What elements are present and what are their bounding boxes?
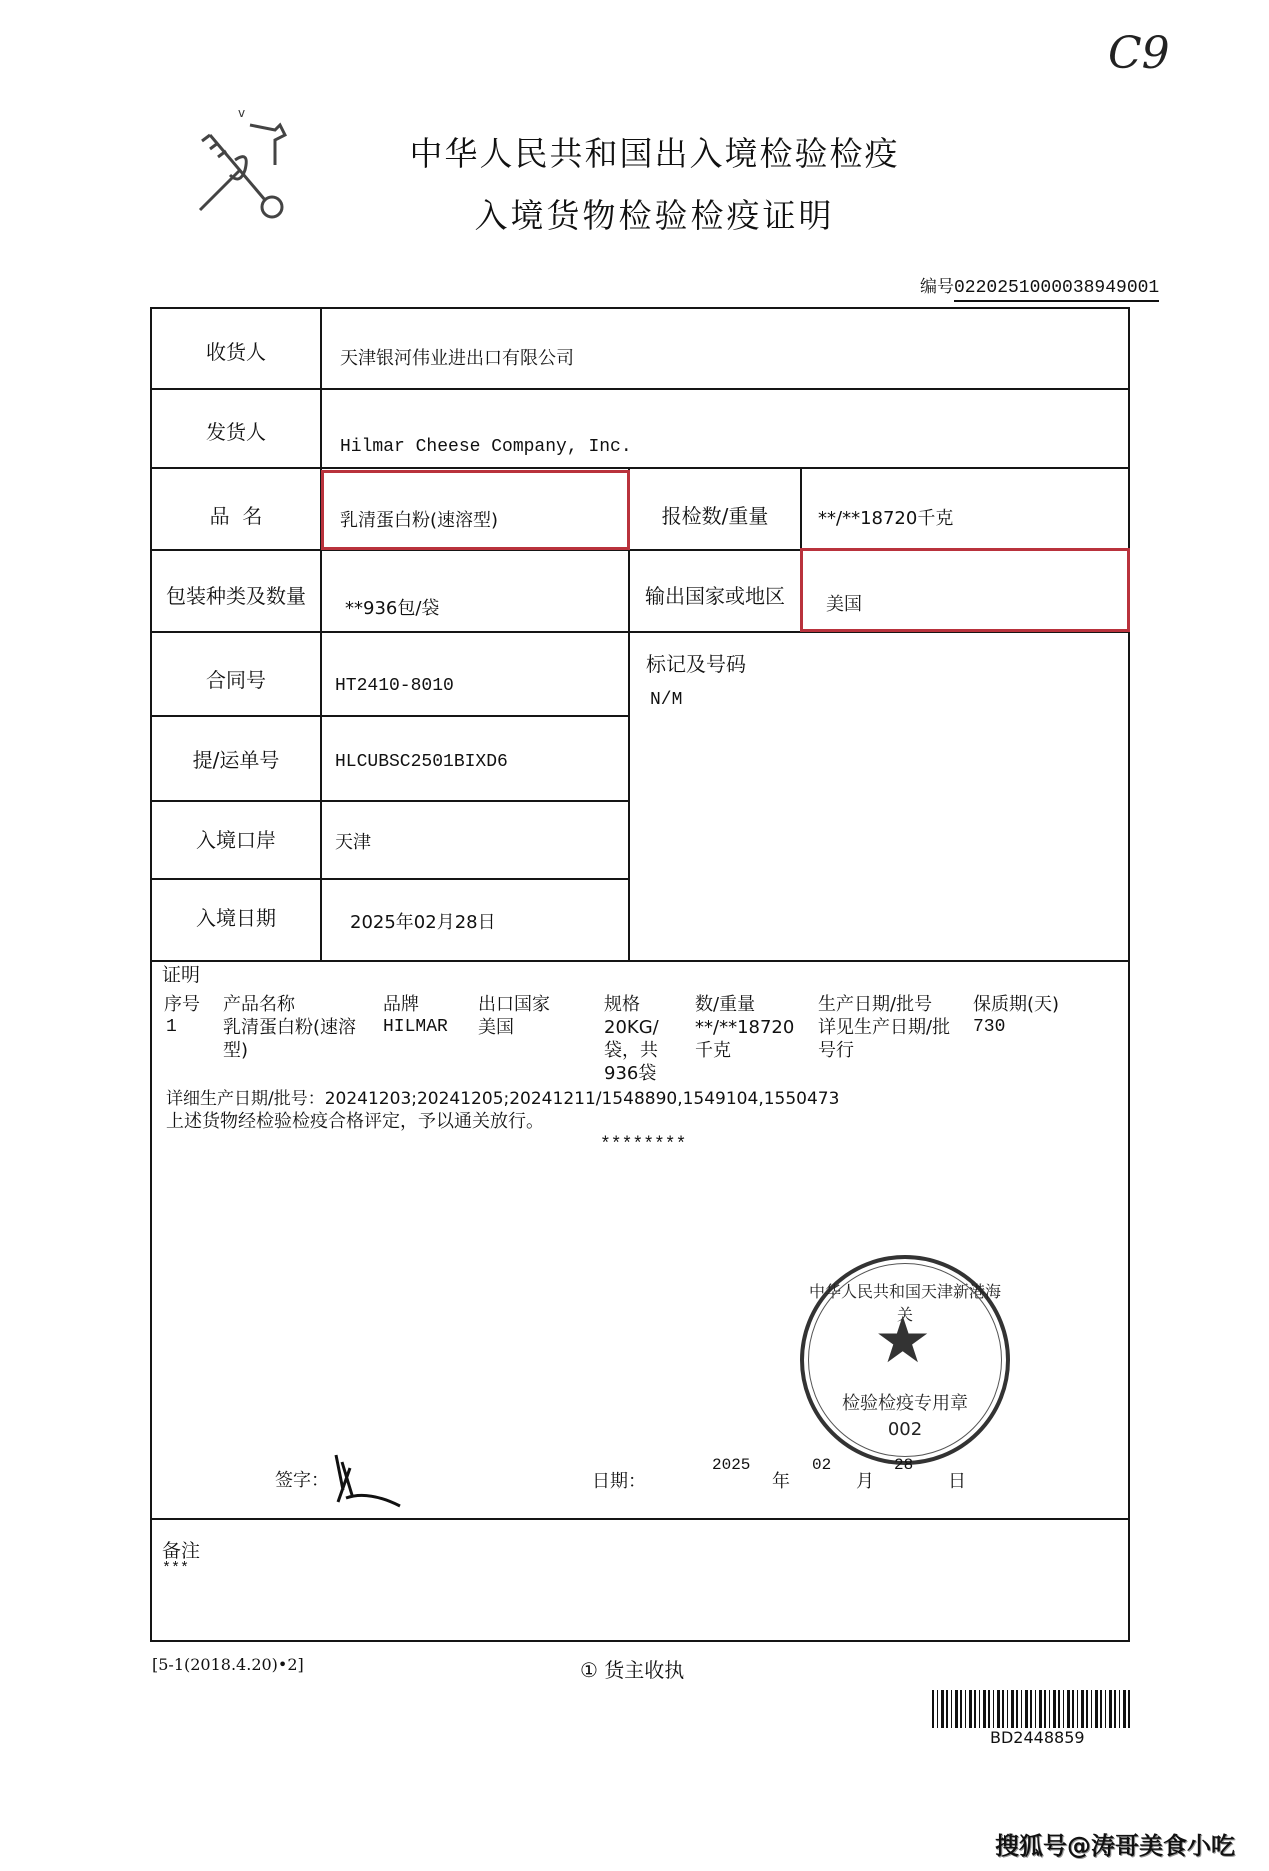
official-seal: 中华人民共和国天津新港海关 ★ 检验检疫专用章 002 bbox=[800, 1255, 1010, 1465]
sign-year: 2025 bbox=[712, 1456, 750, 1474]
row-divider bbox=[150, 715, 630, 717]
signature-label: 签字： bbox=[275, 1466, 329, 1492]
cell-seq: 1 bbox=[166, 1016, 177, 1039]
contract-no-value: HT2410-8010 bbox=[335, 676, 454, 696]
sign-month-unit: 月 bbox=[856, 1467, 874, 1493]
cell-production: 详见生产日期/批号行 bbox=[818, 1016, 958, 1062]
sign-year-unit: 年 bbox=[772, 1467, 790, 1493]
seal-code: 002 bbox=[804, 1419, 1006, 1440]
barcode-icon bbox=[932, 1690, 1132, 1728]
serial-value: 0220251000038949001 bbox=[954, 278, 1159, 302]
col-production: 生产日期/批号 bbox=[818, 993, 932, 1016]
col-shelf-life: 保质期(天) bbox=[973, 993, 1059, 1016]
conclusion-text: 上述货物经检验检疫合格评定，予以通关放行。 bbox=[166, 1110, 544, 1133]
entry-date-value: 2025年02月28日 bbox=[350, 908, 496, 934]
cell-product: 乳清蛋白粉(速溶型) bbox=[223, 1016, 373, 1062]
handwritten-note: C9 bbox=[1108, 28, 1170, 79]
row-divider bbox=[150, 960, 1130, 962]
cell-brand: HILMAR bbox=[383, 1016, 448, 1039]
origin-country-label: 输出国家或地区 bbox=[630, 580, 800, 609]
packaging-label: 包装种类及数量 bbox=[152, 580, 320, 609]
entry-date-label: 入境日期 bbox=[152, 902, 320, 931]
watermark: 搜狐号@涛哥美食小吃 bbox=[995, 1826, 1235, 1861]
quantity-weight-label: 报检数/重量 bbox=[630, 500, 800, 529]
form-code: [5-1(2018.4.20)•2] bbox=[152, 1655, 304, 1674]
marks-value: N/M bbox=[650, 690, 682, 710]
bill-of-lading-label: 提/运单号 bbox=[152, 744, 320, 773]
origin-country-value: 美国 bbox=[826, 590, 862, 616]
seal-ring-text: 中华人民共和国天津新港海关 bbox=[804, 1279, 1006, 1325]
production-detail: 详细生产日期/批号：20241203;20241205;20241211/154… bbox=[166, 1088, 839, 1111]
bill-of-lading-value: HLCUBSC2501BIXD6 bbox=[335, 752, 508, 772]
cell-spec: 20KG/袋，共936袋 bbox=[604, 1016, 686, 1085]
col-product: 产品名称 bbox=[223, 993, 295, 1016]
document-subtitle: 入境货物检验检疫证明 bbox=[0, 190, 1269, 237]
table-border bbox=[1128, 307, 1130, 1642]
serial-label: 编号 bbox=[920, 277, 954, 297]
consignee-label: 收货人 bbox=[152, 336, 320, 365]
col-divider bbox=[320, 307, 322, 960]
copy-label: ① 货主收执 bbox=[580, 1654, 684, 1683]
col-country: 出口国家 bbox=[478, 993, 550, 1016]
serial-number: 编号0220251000038949001 bbox=[920, 272, 1159, 298]
col-spec: 规格 bbox=[604, 993, 640, 1016]
product-name-value: 乳清蛋白粉(速溶型) bbox=[340, 506, 498, 532]
sign-day-unit: 日 bbox=[948, 1467, 966, 1493]
svg-text:v: v bbox=[238, 106, 245, 120]
table-border bbox=[150, 307, 1130, 309]
remarks-value: *** bbox=[162, 1560, 189, 1577]
cell-qty-weight: **/**18720千克 bbox=[695, 1016, 807, 1062]
row-divider bbox=[150, 878, 630, 880]
contract-no-label: 合同号 bbox=[152, 664, 320, 693]
row-divider bbox=[150, 1518, 1130, 1520]
col-qty-weight: 数/重量 bbox=[695, 993, 755, 1016]
sign-month: 02 bbox=[812, 1456, 831, 1474]
signature-scribble-icon bbox=[328, 1450, 408, 1514]
document-title: 中华人民共和国出入境检验检疫 bbox=[0, 128, 1269, 175]
cell-country: 美国 bbox=[478, 1016, 514, 1039]
port-of-entry-label: 入境口岸 bbox=[152, 824, 320, 853]
col-seq: 序号 bbox=[164, 993, 200, 1016]
col-brand: 品牌 bbox=[383, 993, 419, 1016]
table-border bbox=[150, 1640, 1130, 1642]
star-icon: ★ bbox=[874, 1309, 931, 1373]
marks-label: 标记及号码 bbox=[646, 648, 746, 677]
end-mark: ******** bbox=[600, 1134, 686, 1157]
barcode-text: BD2448859 bbox=[990, 1728, 1085, 1747]
row-divider bbox=[150, 388, 1130, 390]
sign-day: 28 bbox=[894, 1456, 913, 1474]
consignee-value: 天津银河伟业进出口有限公司 bbox=[340, 344, 574, 370]
packaging-value: **936包/袋 bbox=[345, 594, 439, 620]
consignor-label: 发货人 bbox=[152, 416, 320, 445]
port-of-entry-value: 天津 bbox=[335, 828, 371, 854]
certificate-label: 证明 bbox=[162, 964, 200, 987]
consignor-value: Hilmar Cheese Company, Inc. bbox=[340, 437, 632, 457]
date-label: 日期： bbox=[592, 1467, 646, 1493]
row-divider bbox=[150, 800, 630, 802]
product-name-label: 品 名 bbox=[152, 500, 320, 529]
row-divider bbox=[150, 467, 1130, 469]
quantity-weight-value: **/**18720千克 bbox=[818, 504, 953, 530]
seal-center-text: 检验检疫专用章 bbox=[804, 1389, 1006, 1415]
remarks-label: 备注 bbox=[162, 1536, 200, 1563]
cell-shelf-life: 730 bbox=[973, 1016, 1005, 1039]
